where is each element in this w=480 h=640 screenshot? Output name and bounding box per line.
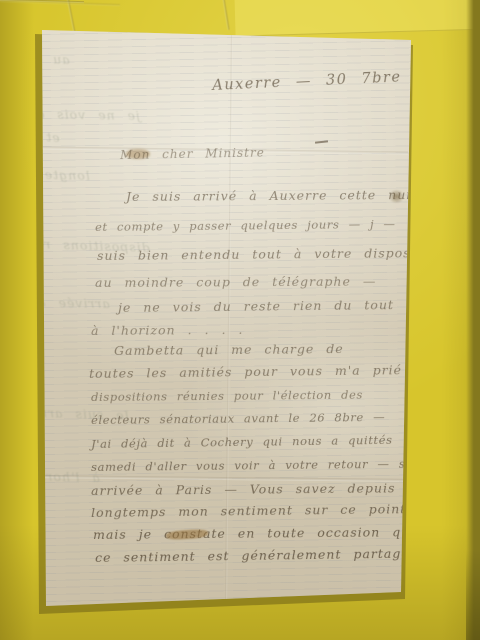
letter-salutation: Mon cher Ministre xyxy=(120,145,265,162)
backdrop-right-shadow-strip xyxy=(466,0,480,640)
letter-line: longtemps mon sentiment sur ce point xyxy=(91,501,406,520)
letter-line: toutes les amitiés pour vous m'a prié xyxy=(89,362,402,381)
letter-line: à l'horizon . . . . xyxy=(91,322,243,338)
ink-blot xyxy=(388,190,405,203)
pen-mark xyxy=(315,140,328,143)
letter-line: je ne vois du reste rien du tout xyxy=(118,297,394,315)
letter-line: mais je constate en toute occasion que xyxy=(93,524,419,542)
letter-line: samedi d'aller vous voir à votre retour … xyxy=(91,457,421,474)
letter-line: Gambetta qui me charge de xyxy=(114,341,344,358)
letter-line: électeurs sénatoriaux avant le 26 8bre — xyxy=(91,410,385,427)
letter-line: au moindre coup de télégraphe — xyxy=(95,274,376,290)
letter-line: ce sentiment est généralement partagé xyxy=(95,546,410,565)
letter-line: Je suis arrivé à Auxerre cette nuit xyxy=(126,187,417,204)
letter-line: suis bien entendu tout à votre dispositi… xyxy=(97,245,444,263)
letter-line: arrivée à Paris — Vous savez depuis xyxy=(91,480,396,498)
letter-line: et compte y passer quelques jours — j — xyxy=(95,217,396,234)
letter-line: dispositions réunies pour l'élection des xyxy=(91,388,363,404)
photo-of-letter: au moindre coup de télégraphe — je ne vo… xyxy=(0,0,480,640)
letter-line: J'ai déjà dit à Cochery qui nous a quitt… xyxy=(91,433,393,451)
